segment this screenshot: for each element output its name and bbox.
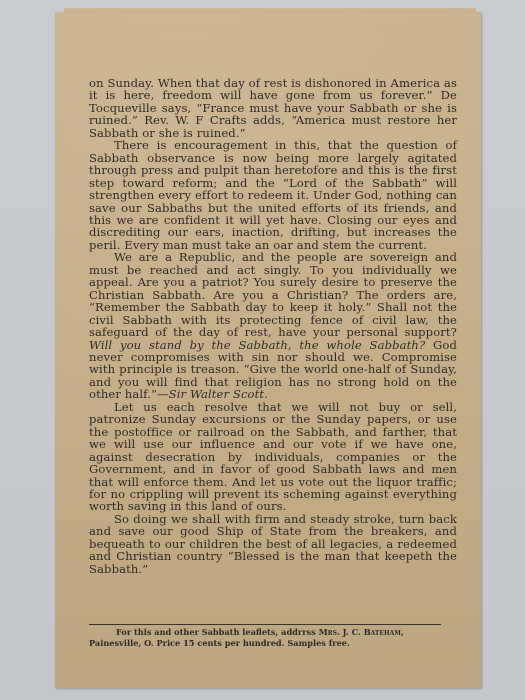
paragraph-2: There is encouragement in this, that the… [89, 139, 457, 251]
footer-address-text: For this and other Sabbath leaflets, add… [116, 627, 319, 637]
footer-contact-name: Mrs. J. C. Bateham, [319, 627, 404, 637]
paragraph-3-text-a: We are a Republic, and the people are so… [89, 250, 457, 339]
paragraph-4: Let us each resolve that we will not buy… [89, 401, 457, 513]
leaflet-page: on Sunday. When that day of rest is dish… [55, 12, 481, 688]
paragraph-1: on Sunday. When that day of rest is dish… [89, 77, 457, 139]
leaflet-body: on Sunday. When that day of rest is dish… [89, 77, 457, 575]
paragraph-3: We are a Republic, and the people are so… [89, 251, 457, 400]
footer-line-1: For this and other Sabbath leaflets, add… [89, 627, 449, 638]
leaflet-footer: For this and other Sabbath leaflets, add… [89, 627, 449, 649]
footer-divider [89, 624, 441, 625]
paragraph-5: So doing we shall with firm and steady s… [89, 513, 457, 575]
footer-line-2: Painesville, O. Price 15 cents per hundr… [89, 638, 449, 649]
